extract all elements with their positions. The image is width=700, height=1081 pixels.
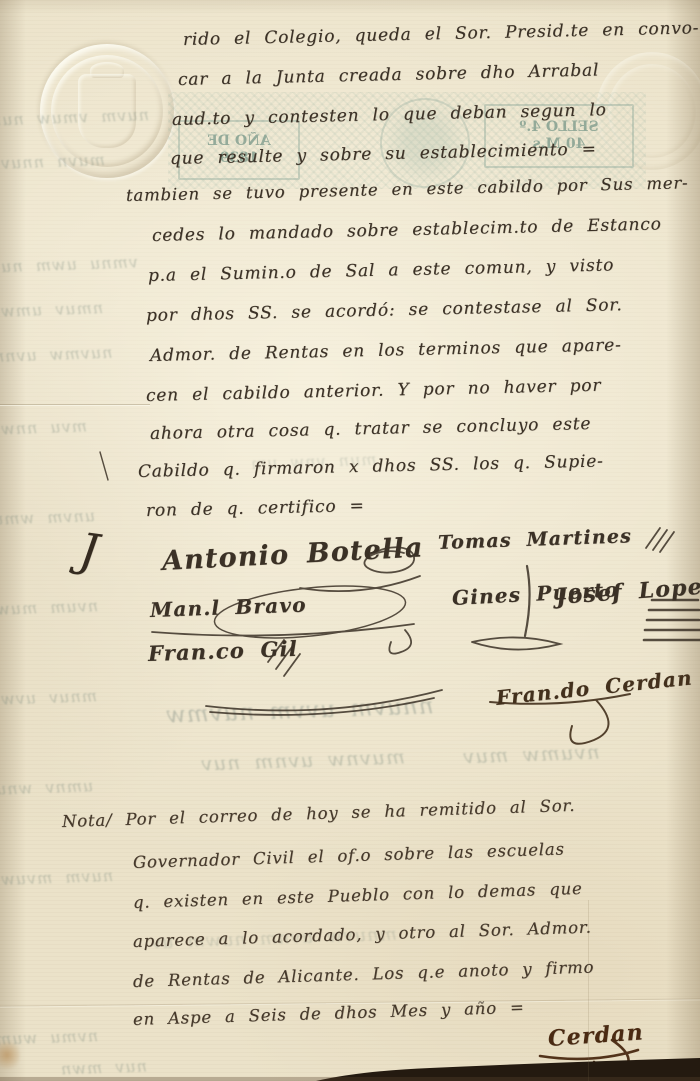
bleedthrough-line: nvum muw <box>0 596 98 619</box>
paper-crease <box>0 404 150 405</box>
top-edge-shadow <box>0 0 700 14</box>
bleedthrough-line: nvumw muv <box>462 740 600 769</box>
handwritten-line: rido el Colegio, queda el Sor. Presid.te… <box>183 18 700 50</box>
bleedthrough-line: muvnw uvnm nuv <box>200 744 406 775</box>
bleedthrough-line: mvu nnw <box>0 416 87 438</box>
note-line: q. existen en este Pueblo con lo demas q… <box>133 879 583 912</box>
manuscript-page: AÑO DE 1839 SELLO 4.º 40 M.s nuvm vmuw n… <box>0 0 700 1081</box>
bottom-edge-line <box>0 1077 700 1081</box>
signature-francisco-gil: Fran.co Gil <box>148 636 299 666</box>
note-line: aparece a lo acordado, y otro al Sor. Ad… <box>133 918 592 951</box>
note-line: Governador Civil el of.o sobre las escue… <box>133 839 565 872</box>
handwritten-line: Admor. de Rentas en los terminos que apa… <box>150 335 622 366</box>
handwritten-line: Cabildo q. firmaron x dhos SS. los q. Su… <box>138 451 604 482</box>
signature-cerdan-rubric: Cerdan <box>547 1019 645 1052</box>
handwritten-line: ahora otra cosa q. tratar se concluyo es… <box>150 414 592 444</box>
handwritten-line: por dhos SS. se acordó: se contestase al… <box>146 295 623 326</box>
paper-fold <box>588 900 589 1081</box>
bleedthrough-line: umnv wnu <box>0 776 94 798</box>
bleedthrough-line: nuvm mvuw <box>0 866 113 889</box>
bleedthrough-line: muvn nnuv <box>0 150 105 173</box>
bleedthrough-line: unvm wmu <box>0 506 95 529</box>
handwritten-line: p.a el Sumin.o de Sal a este comun, y vi… <box>148 255 615 286</box>
bleedthrough-line: mnuv uvw <box>0 686 97 708</box>
handwritten-line: cen el cabildo anterior. Y por no haver … <box>146 376 602 406</box>
note-line: Nota/ Por el correo de hoy se ha remitid… <box>62 796 576 831</box>
handwritten-line: car a la Junta creada sobre dho Arrabal <box>178 60 600 90</box>
signature-francisco-cerdan: Fran.do Cerdan <box>495 665 694 710</box>
margin-flourish-mark: J <box>76 522 103 578</box>
bleedthrough-line: nuv mwn <box>60 1056 148 1078</box>
bleedthrough-line: vmnu uwm nuv <box>0 252 138 276</box>
note-line: de Rentas de Alicante. Los q.e anoto y f… <box>133 958 595 991</box>
signature-manuel-bravo: Man.l Bravo <box>150 593 307 622</box>
signature-tomas-martinez: Tomas Martines <box>438 525 633 554</box>
bleedthrough-line: nnuvm uvvm nuvmw <box>165 693 434 728</box>
bleedthrough-line: nmuv umw <box>0 298 103 321</box>
bleedthrough-line: nuvmw uvnm <box>0 343 113 366</box>
handwritten-line: cedes lo mandado sobre establecim.to de … <box>152 214 662 246</box>
handwritten-line: ron de q. certifico = <box>146 496 365 521</box>
signature-antonio-botella: Antonio Botella <box>161 532 424 577</box>
